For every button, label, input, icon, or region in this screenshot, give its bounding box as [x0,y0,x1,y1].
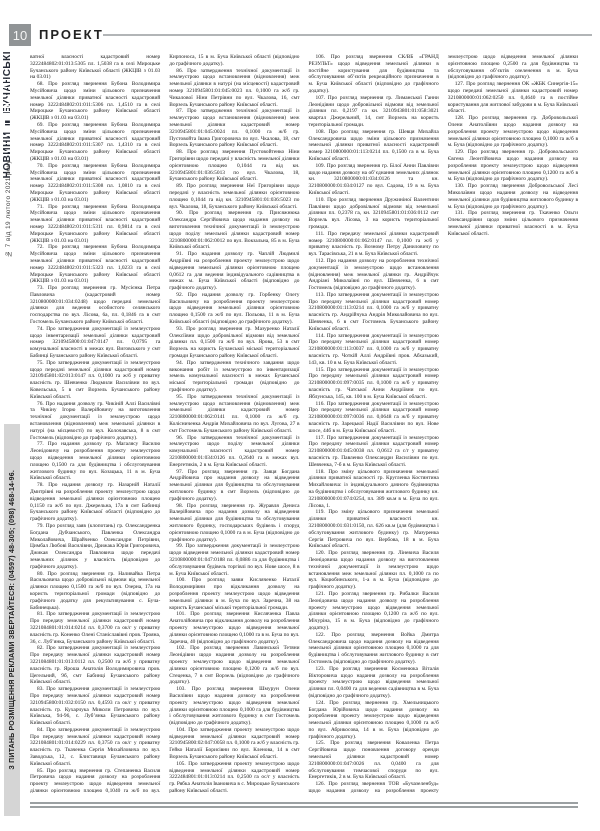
article-item: 117. Про затвердження документації із зе… [309,435,439,469]
article-item: 125. Про розгляд звернення Коваленка Пет… [309,740,439,781]
article-item: 77. Про надання дозволу гр. Магалясу Вас… [30,441,160,482]
article-item: 102. Про розгляд звернення Лавинської Те… [169,645,299,686]
article-item: 86. Про затвердження технічної документа… [169,68,299,109]
article-item: 99. Про затвердження документації із зем… [169,543,299,577]
article-item: 131. Про розгляд звернення гр. Ткаченко … [448,210,578,237]
bottom-double-rule [30,802,578,808]
article-item: 111. Про передачу земельної ділянки када… [309,231,439,258]
article-item: 92. Про надання дозволу гр. Горбенку Оле… [169,292,299,326]
article-item: 88. Про розгляд звернення Пустовойтенко … [169,149,299,183]
masthead: НОВИНИ ■ БУЧАНСЬКІ [2,76,13,154]
article-item: 105. Про затвердження проекту землеустро… [169,761,299,795]
article-item: 122. Про розгляд звернення Войка Дмитра … [309,632,439,666]
header-rule [103,34,592,36]
article-item: 72. Про розгляд звернення Бубона Володим… [30,244,160,285]
page-number: 10 [13,28,27,43]
article-item: 100. Про розгляд заяви Кисляченко Наталі… [169,577,299,611]
article-item: 94. Про затвердження технічного завдання… [169,360,299,394]
article-item: 83. Про затвердження документації із зем… [30,686,160,727]
article-item: 124. Про розгляд звернення гр. Хмельниць… [309,700,439,741]
article-item: 90. Про розгляд звернення гр. Присяжнюка… [169,210,299,251]
issue-info: № 7 від 19 лютого 2021 року [5,160,12,280]
article-item: 110. Про розгляд звернення Дружиніної Ва… [309,197,439,231]
article-item: 108. Про розгляд звернення гр. Шевця Мих… [309,129,439,163]
ad-contact-text: З ПИТАНЬ РОЗМІЩЕННЯ РЕКЛАМИ ЗВЕРТАЙТЕСЯ:… [9,470,16,770]
article-item: 70. Про розгляд звернення Бубона Володим… [30,163,160,204]
article-item: 81. Про затвердження документації із зем… [30,611,160,645]
article-item: 74. Про затвердження документації із зем… [30,326,160,360]
article-item: 128. Про розгляд звернення гр. Доброволь… [448,115,578,149]
article-item: 78. Про надання дозволу гр. Назарній Нат… [30,482,160,523]
article-item: 129. Про розгляд звернення гр. Доброволь… [448,149,578,183]
article-item: ватної власності кадастровий номер 32224… [30,54,160,81]
article-item: 97. Про розгляд звернення гр. Заяця Богд… [169,469,299,503]
article-item: 71. Про розгляд звернення Бубона Володим… [30,204,160,245]
article-item: 80. Про розгляд звернення гр. Наливайка … [30,571,160,612]
masthead-separator-square: ■ [2,114,13,129]
article-item: 101. Про розгляд звернення Кисляченка Па… [169,611,299,645]
article-item: 112. Про надання дозволу на розроблення … [309,258,439,292]
article-item: 121. Про розгляд звернення гр. Рибалки В… [309,591,439,632]
article-item: 73. Про розгляд звернення гр. Мусієнка П… [30,285,160,326]
article-item: 87. Про затвердження технічної документа… [169,108,299,149]
article-item: 96. Про затвердження технічної документа… [169,435,299,469]
ad-contact-ribbon: З ПИТАНЬ РОЗМІЩЕННЯ РЕКЛАМИ ЗВЕРТАЙТЕСЯ:… [4,424,20,816]
article-item: 114. Про затвердження документації із зе… [309,333,439,367]
article-item: 68. Про розгляд звернення Бубона Володим… [30,81,160,122]
article-item: 76. Про надання дозволу гр. Чикіній Аллі… [30,401,160,442]
issue-info-text: № 7 від 19 лютого 2021 року [5,160,12,257]
section-title: ПРОЕКТ [39,27,104,42]
article-item: 89. Про розгляд звернення Неї Григорівни… [169,183,299,210]
article-item: 113. Про затвердження документації із зе… [309,292,439,333]
article-item: 109. Про розгляд звернення гр. Білої Анн… [309,163,439,197]
article-item: 120. Про розгляд звернення гр. Ліневича … [309,550,439,591]
article-item: 84. Про затвердження документації із зем… [30,727,160,768]
article-item: 106. Про розгляд звернення СК/ВБ «ГРАНД … [309,54,439,95]
masthead-word1: БУЧАНСЬКІ [2,51,13,113]
article-item: 75. Про затвердження документації із зем… [30,360,160,401]
article-item: 93. Про розгляд звернення гр. Мазуренко … [169,326,299,360]
page-number-badge: 10 [9,24,31,46]
article-item: 104. Про затвердження проекту землеустро… [169,727,299,761]
article-item: 116. Про затвердження документації із зе… [309,401,439,435]
article-item: 103. Про розгляд звернення Шмурун Олени … [169,686,299,727]
article-item: 95. Про затвердження технічної документа… [169,394,299,435]
article-item: 98. Про розгляд звернення гр. Журавля Де… [169,503,299,544]
article-item: 79. Про розгляд заяв (клопотань) гр. Оле… [30,523,160,571]
article-item: 119. Про зміну цільового призначення зем… [309,509,439,550]
newspaper-page: 10 ПРОЕКТ НОВИНИ ■ БУЧАНСЬКІ № 7 від 19 … [0,0,600,831]
article-item: 115. Про затвердження документації із зе… [309,367,439,401]
article-item: 69. Про розгляд звернення Бубона Володим… [30,122,160,163]
article-item: 82. Про затвердження документації із зем… [30,645,160,686]
article-item: 123. Про розгляд звернення Косменюка Віт… [309,666,439,700]
articles-columns: ватної власності кадастровий номер 32224… [30,54,578,800]
article-item: 127. Про розгляд звернення ОК «ЖБК Синер… [448,81,578,115]
article-item: 118. Про зміну цільового призначення зем… [309,469,439,510]
article-item: 107. Про розгляд звернення гр. Лимансько… [309,95,439,129]
article-item: 91. Про надання дозволу гр. Чаплій Людми… [169,251,299,292]
article-item: 130. Про розгляд звернення Добровольсько… [448,183,578,210]
